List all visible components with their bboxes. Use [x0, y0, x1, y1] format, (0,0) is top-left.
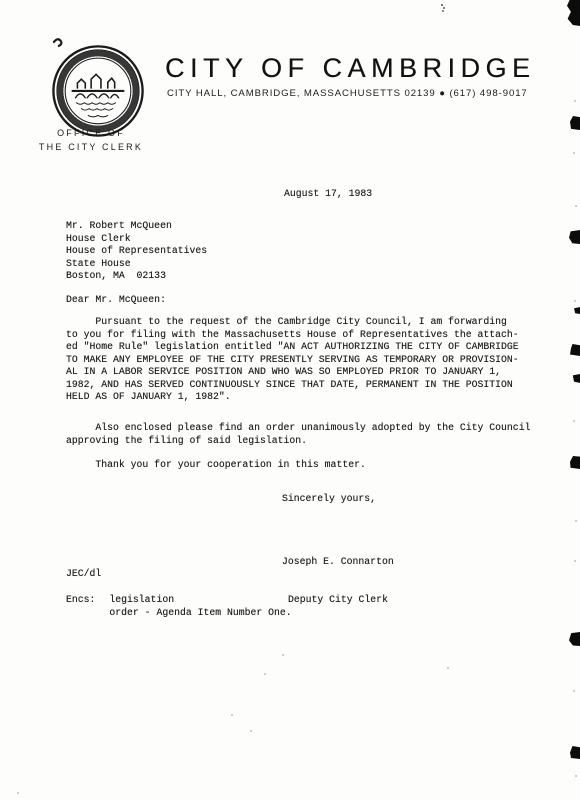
scan-artifact: [570, 344, 580, 356]
office-of-city-clerk-label: OFFICE OF THE CITY CLERK: [30, 127, 152, 154]
recipient-address-block: Mr. Robert McQueen House Clerk House of …: [66, 220, 207, 283]
scan-artifact: [569, 230, 580, 244]
city-seal-graphic: [49, 39, 147, 139]
scan-speck: [17, 792, 19, 794]
scanned-letter-page: OFFICE OF THE CITY CLERK CITY OF CAMBRID…: [0, 0, 580, 800]
scan-speck: [575, 520, 577, 522]
enclosures-label: Encs:: [66, 594, 95, 619]
enclosures-items: legislation order - Agenda Item Number O…: [109, 594, 291, 619]
closing-phrase: Sincerely yours,: [282, 493, 376, 506]
letterhead-org-name: CITY OF CAMBRIDGE: [165, 53, 536, 84]
scan-artifact: [572, 374, 580, 383]
scan-speck: [250, 730, 252, 732]
scan-speck: [264, 673, 266, 675]
enclosures-block: Encs: legislation order - Agenda Item Nu…: [66, 594, 292, 619]
scan-speck: [575, 775, 577, 777]
scan-speck: [575, 205, 577, 207]
salutation: Dear Mr. McQueen:: [66, 294, 166, 307]
reference-initials: JEC/dl: [66, 568, 101, 581]
scan-speck: [573, 152, 575, 154]
signer-name: Joseph E. Connarton: [282, 556, 394, 569]
scan-smudge: [441, 4, 443, 6]
letterhead-org-address: CITY HALL, CAMBRIDGE, MASSACHUSETTS 0213…: [167, 88, 528, 99]
scan-artifact: [574, 307, 580, 314]
city-seal: [49, 39, 147, 139]
scan-artifact: [570, 746, 580, 759]
scan-artifact: [569, 632, 580, 646]
scan-speck: [282, 654, 284, 656]
body-paragraph-2: Also enclosed please find an order unani…: [66, 422, 530, 447]
body-paragraph-3: Thank you for your cooperation in this m…: [66, 459, 366, 472]
scan-artifact: [570, 456, 580, 469]
signature-block: Joseph E. Connarton Deputy City Clerk: [282, 531, 394, 631]
scan-speck: [574, 560, 576, 562]
scan-artifact: [567, 0, 580, 26]
scan-speck: [574, 300, 576, 302]
scan-speck: [574, 100, 576, 102]
scan-speck: [573, 690, 575, 692]
scan-speck: [231, 714, 233, 716]
scan-speck: [573, 420, 575, 422]
body-paragraph-1: Pursuant to the request of the Cambridge…: [66, 316, 519, 404]
letter-date: August 17, 1983: [284, 188, 372, 201]
scan-speck: [447, 667, 449, 669]
scan-artifact: [570, 116, 580, 130]
signer-title: Deputy City Clerk: [282, 594, 394, 607]
